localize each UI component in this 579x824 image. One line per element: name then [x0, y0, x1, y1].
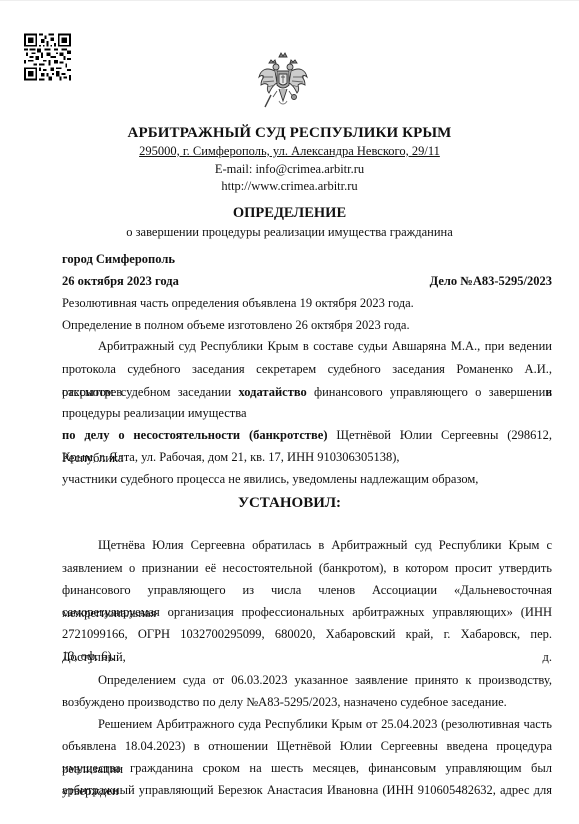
- participants-text: участники судебного процесса не явились,…: [62, 472, 478, 486]
- case-number: Дело №А83-5295/2023: [430, 274, 552, 289]
- court-address: 295000, г. Симферополь, ул. Александра Н…: [0, 144, 579, 159]
- body-p1-text-2: заявлением о признании её несостоятельно…: [62, 561, 552, 575]
- body-p3-line-1: Решением Арбитражного суда Республики Кр…: [62, 713, 552, 736]
- body-p1-text-6: 13, оф. 6).: [62, 649, 115, 663]
- body-p1-line-4: саморегулируемая организация профессиона…: [62, 601, 552, 624]
- document-page: АРБИТРАЖНЫЙ СУД РЕСПУБЛИКИ КРЫМ 295000, …: [0, 0, 579, 824]
- intro-text-4: процедуры реализации имущества: [62, 406, 247, 420]
- body-p2-text-1: Определением суда от 06.03.2023 указанно…: [98, 673, 552, 687]
- petition-keyword: ходатайство: [238, 385, 306, 399]
- body-p3-text-4: арбитражный управляющий Березюк Анастаси…: [62, 783, 552, 797]
- body-p1-text-1: Щетнёва Юлия Сергеевна обратилась в Арби…: [98, 538, 552, 552]
- established-heading: УСТАНОВИЛ:: [0, 495, 579, 512]
- intro-text-3b: финансового управляющего о завершении: [307, 385, 552, 399]
- body-p2-line-1: Определением суда от 06.03.2023 указанно…: [62, 669, 552, 692]
- city: город Симферополь: [62, 252, 552, 267]
- body-p3-text-1: Решением Арбитражного суда Республики Кр…: [98, 717, 552, 731]
- full-text-made: Определение в полном объеме изготовлено …: [62, 318, 552, 333]
- intro-text-1: Арбитражный суд Республики Крым в состав…: [98, 339, 552, 353]
- court-website: http://www.crimea.arbitr.ru: [0, 179, 579, 194]
- intro-line-3: открытом судебном заседании ходатайство …: [62, 381, 552, 404]
- intro-text-3a: открытом судебном заседании: [62, 385, 238, 399]
- intro-line-4: процедуры реализации имущества: [62, 402, 552, 425]
- body-p2-text-2: возбуждено производство по делу №А83-529…: [62, 695, 507, 709]
- body-p2-line-2: возбуждено производство по делу №А83-529…: [62, 691, 552, 714]
- resolution-announced: Резолютивная часть определения объявлена…: [62, 296, 552, 311]
- debtor-text-2: Крым, г. Ялта, ул. Рабочая, дом 21, кв. …: [62, 450, 400, 464]
- body-p1-text-4: саморегулируемая организация профессиона…: [62, 605, 552, 619]
- court-name: АРБИТРАЖНЫЙ СУД РЕСПУБЛИКИ КРЫМ: [0, 125, 579, 142]
- bankruptcy-keyword: по делу о несостоятельности (банкротстве…: [62, 428, 328, 442]
- document-title: ОПРЕДЕЛЕНИЕ: [0, 205, 579, 222]
- court-email: E-mail: info@crimea.arbitr.ru: [0, 162, 579, 177]
- bankruptcy-line-2: Крым, г. Ялта, ул. Рабочая, дом 21, кв. …: [62, 446, 552, 469]
- body-p1-line-1: Щетнёва Юлия Сергеевна обратилась в Арби…: [62, 534, 552, 557]
- russian-coat-of-arms-icon: [257, 51, 309, 113]
- body-p1-line-2: заявлением о признании её несостоятельно…: [62, 557, 552, 580]
- body-p3-line-4: арбитражный управляющий Березюк Анастаси…: [62, 779, 552, 802]
- participants-line: участники судебного процесса не явились,…: [62, 468, 552, 491]
- intro-line-1: Арбитражный суд Республики Крым в состав…: [62, 335, 552, 358]
- body-p1-line-6: 13, оф. 6).: [62, 645, 552, 668]
- document-subtitle: о завершении процедуры реализации имущес…: [0, 225, 579, 240]
- qr-code-icon: [24, 32, 71, 82]
